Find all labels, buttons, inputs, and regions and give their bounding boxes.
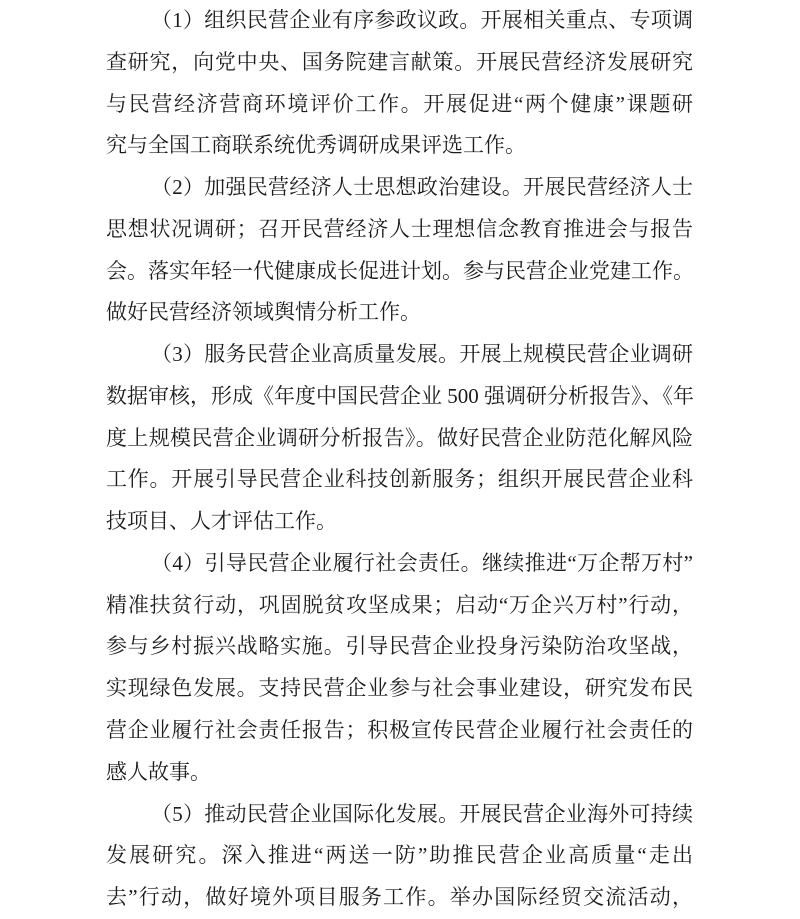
text-line: 实现绿色发展。支持民营企业参与社会事业建设，研究发布民: [106, 668, 693, 710]
text-line: （5）推动民营企业国际化发展。开展民营企业海外可持续: [106, 794, 693, 836]
text-line: 发展研究。深入推进“两送一防”助推民营企业高质量“走出: [106, 835, 693, 877]
paragraph-3: （3）服务民营企业高质量发展。开展上规模民营企业调研数据审核，形成《年度中国民营…: [106, 334, 693, 543]
text-line: 思想状况调研；召开民营经济人士理想信念教育推进会与报告: [106, 209, 693, 251]
paragraph-4: （4）引导民营企业履行社会责任。继续推进“万企帮万村”精准扶贫行动，巩固脱贫攻坚…: [106, 543, 693, 794]
text-line: 与民营经济营商环境评价工作。开展促进“两个健康”课题研: [106, 84, 693, 126]
text-line: 参与乡村振兴战略实施。引导民营企业投身污染防治攻坚战，: [106, 626, 693, 668]
text-line: 精准扶贫行动，巩固脱贫攻坚成果；启动“万企兴万村”行动，: [106, 585, 693, 627]
text-line: （1）组织民营企业有序参政议政。开展相关重点、专项调: [106, 0, 693, 42]
document-page: （1）组织民营企业有序参政议政。开展相关重点、专项调查研究，向党中央、国务院建言…: [0, 0, 800, 919]
text-line: （2）加强民营经济人士思想政治建设。开展民营经济人士: [106, 167, 693, 209]
text-line: （3）服务民营企业高质量发展。开展上规模民营企业调研: [106, 334, 693, 376]
text-line: 会。落实年轻一代健康成长促进计划。参与民营企业党建工作。: [106, 251, 693, 293]
text-line: 工作。开展引导民营企业科技创新服务；组织开展民营企业科: [106, 459, 693, 501]
text-line: 做好民营经济领域舆情分析工作。: [106, 292, 693, 334]
text-line: 数据审核，形成《年度中国民营企业 500 强调研分析报告》、《年: [106, 376, 693, 418]
text-line: 技项目、人才评估工作。: [106, 501, 693, 543]
paragraph-2: （2）加强民营经济人士思想政治建设。开展民营经济人士思想状况调研；召开民营经济人…: [106, 167, 693, 334]
text-line: 感人故事。: [106, 752, 693, 794]
text-line: 究与全国工商联系统优秀调研成果评选工作。: [106, 125, 693, 167]
text-line: 查研究，向党中央、国务院建言献策。开展民营经济发展研究: [106, 42, 693, 84]
text-line: 营企业履行社会责任报告；积极宣传民营企业履行社会责任的: [106, 710, 693, 752]
text-line: 去”行动，做好境外项目服务工作。举办国际经贸交流活动，: [106, 877, 693, 919]
text-line: （4）引导民营企业履行社会责任。继续推进“万企帮万村”: [106, 543, 693, 585]
document-body: （1）组织民营企业有序参政议政。开展相关重点、专项调查研究，向党中央、国务院建言…: [106, 0, 693, 919]
paragraph-5: （5）推动民营企业国际化发展。开展民营企业海外可持续发展研究。深入推进“两送一防…: [106, 794, 693, 919]
paragraph-1: （1）组织民营企业有序参政议政。开展相关重点、专项调查研究，向党中央、国务院建言…: [106, 0, 693, 167]
text-line: 度上规模民营企业调研分析报告》。做好民营企业防范化解风险: [106, 418, 693, 460]
